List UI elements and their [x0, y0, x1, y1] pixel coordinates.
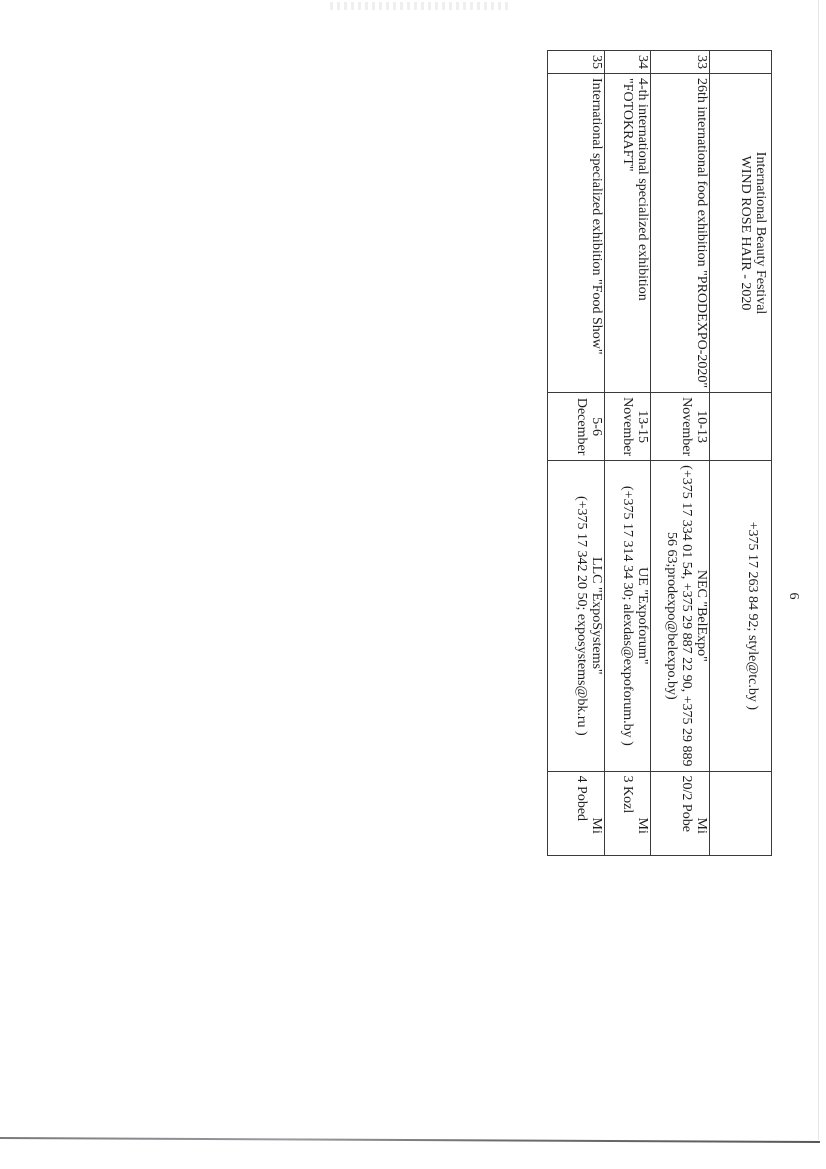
event-organizer: UE "Expoforum" (+375 17 314 34 30; alexd… — [605, 461, 651, 771]
table-row: 33 26th international food exhibition "P… — [651, 51, 710, 856]
event-date — [710, 393, 772, 461]
event-name: 4-th international specialized exhibitio… — [605, 74, 651, 393]
event-name: International specialized exhibition "Fo… — [548, 74, 605, 393]
page-number: 6 — [785, 589, 801, 603]
row-number — [710, 51, 772, 74]
scan-artifact — [330, 2, 510, 10]
table-row: International Beauty Festival WIND ROSE … — [710, 51, 772, 856]
event-date: 5-6 December — [548, 393, 605, 461]
row-number: 34 — [605, 51, 651, 74]
table-row: 34 4-th international specialized exhibi… — [605, 51, 651, 856]
rotated-table-container: International Beauty Festival WIND ROSE … — [547, 50, 772, 856]
exhibition-schedule-table: International Beauty Festival WIND ROSE … — [547, 50, 772, 856]
event-name: 26th international food exhibition "PROD… — [651, 74, 710, 393]
row-number: 35 — [548, 51, 605, 74]
page-edge-right — [818, 0, 819, 1140]
row-number: 33 — [651, 51, 710, 74]
event-name: International Beauty Festival WIND ROSE … — [710, 74, 772, 393]
event-organizer: +375 17 263 84 92; style@tc.by ) — [710, 461, 772, 771]
event-date: 13-15 November — [605, 393, 651, 461]
event-venue — [710, 771, 772, 855]
event-venue: Mi 3 Kozl — [605, 771, 651, 855]
event-organizer: NEC "BelExpo" (+375 17 334 01 54, +375 2… — [651, 461, 710, 771]
page-edge-bottom — [0, 1137, 820, 1143]
event-date: 10-13 November — [651, 393, 710, 461]
event-venue: Mi 4 Pobed — [548, 771, 605, 855]
event-organizer: LLC "ExpoSystems" (+375 17 342 20 50; ex… — [548, 461, 605, 771]
event-venue: Mi 20/2 Pobe — [651, 771, 710, 855]
table-row: 35 International specialized exhibition … — [548, 51, 605, 856]
